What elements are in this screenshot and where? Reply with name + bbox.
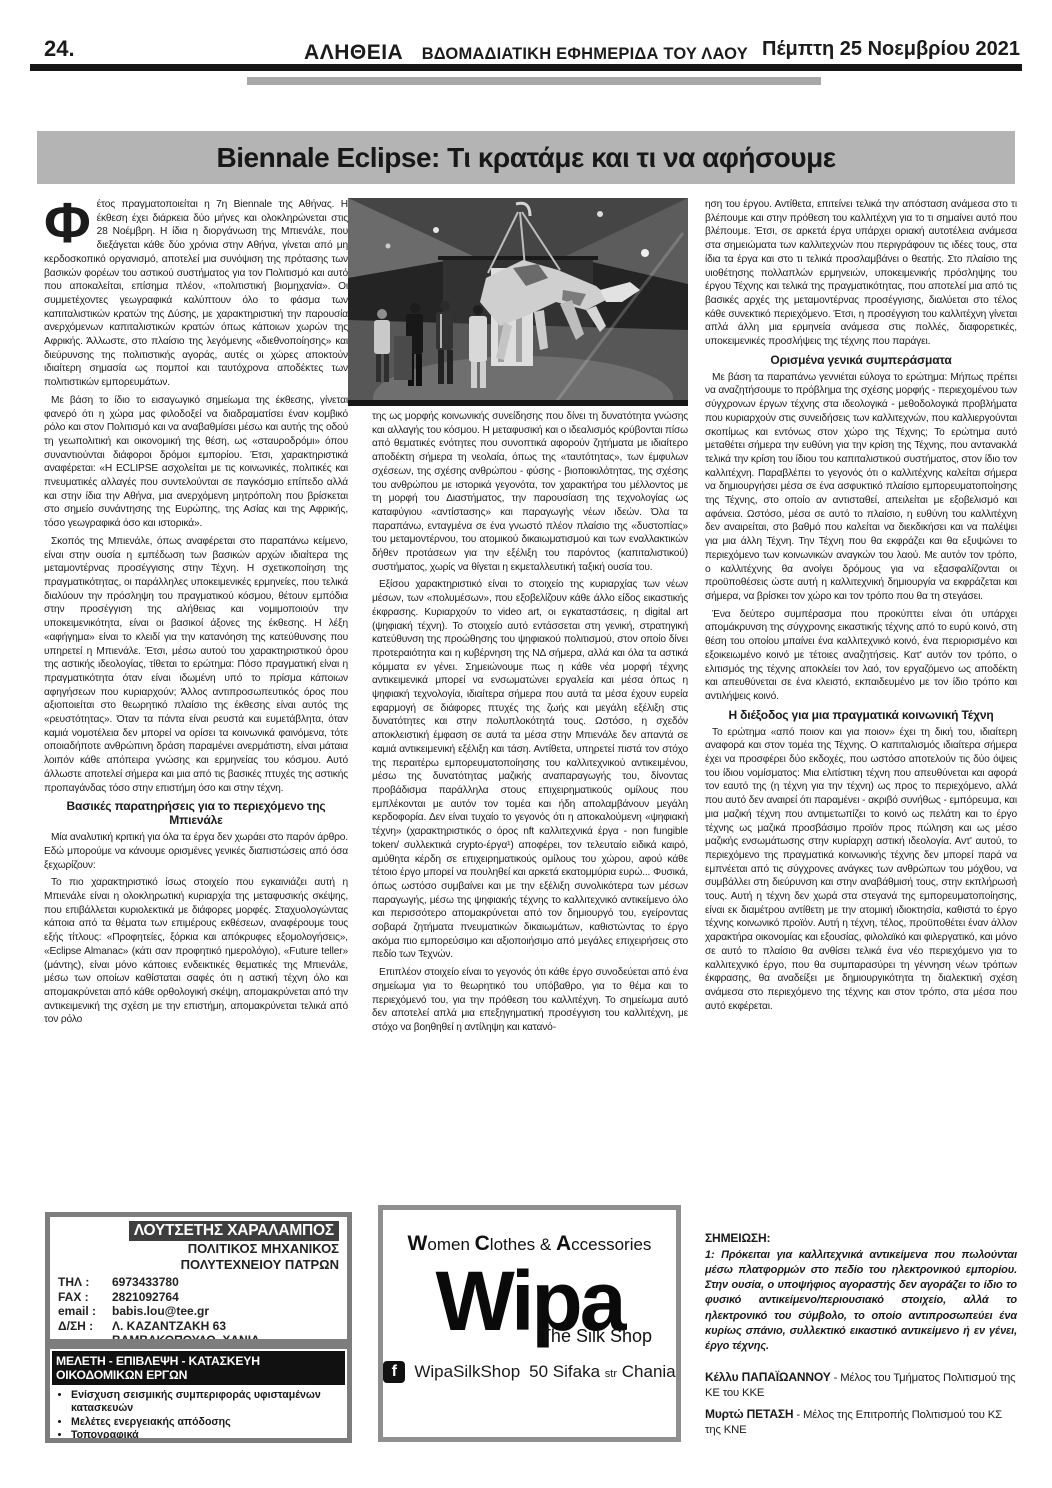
contact-row: Δ/ΣΗ :Λ. ΚΑΖΑΝΤΖΑΚΗ 63 — [58, 1319, 339, 1334]
gray-accent-bar — [247, 77, 821, 85]
section-subhead-observations: Βασικές παρατηρήσεις για το περιεχόμενο … — [44, 799, 348, 827]
engineer-ad-contact-box: ΛΟΥΤΣΕΤΗΣ ΧΑΡΑΛΑΜΠΟΣ ΠΟΛΙΤΙΚΟΣ ΜΗΧΑΝΙΚΟΣ… — [45, 1212, 352, 1344]
author-name: Μυρτώ ΠΕΤΑΣΗ — [705, 1407, 793, 1421]
paragraph: Σκοπός της Μπιενάλε, όπως αναφέρεται στο… — [44, 535, 348, 795]
tagline-text: ccessories — [571, 1235, 651, 1254]
advertiser-title: ΠΟΛΙΤΙΚΟΣ ΜΗΧΑΝΙΚΟΣ — [58, 1241, 339, 1257]
service-item: Μελέτες ενεργειακής απόδοσης — [71, 1416, 345, 1429]
header-rule — [30, 64, 1022, 71]
paragraph: Με βάση τα παραπάνω γεννιέται εύλογα το … — [705, 371, 1017, 604]
service-item: Ενίσχυση σεισμικής συμπεριφοράς υφισταμέ… — [71, 1389, 345, 1415]
contact-label: ΤΗΛ : — [58, 1275, 112, 1290]
paragraph: Εξίσου χαρακτηριστικό είναι το στοιχείο … — [372, 578, 688, 962]
address-city: Chania — [622, 1362, 676, 1381]
paragraph: Φέτος πραγματοποιείται η 7η Biennale της… — [44, 198, 348, 390]
facebook-icon: f — [383, 1361, 405, 1383]
section-subhead-social-art: Η διέξοδος για μια πραγματικά κοινωνική … — [705, 708, 1017, 722]
engineer-ad-services-box: ΜΕΛΕΤΗ - ΕΠΙΒΛΕΨΗ - ΚΑΤΑΣΚΕΥΗ ΟΙΚΟΔΟΜΙΚΩ… — [45, 1344, 352, 1443]
paragraph: Το ερώτημα «από ποιον και για ποιον» έχε… — [705, 726, 1017, 1014]
services-bar: ΜΕΛΕΤΗ - ΕΠΙΒΛΕΨΗ - ΚΑΤΑΣΚΕΥΗ ΟΙΚΟΔΟΜΙΚΩ… — [52, 1351, 345, 1385]
contact-row: ΒΑΜΒΑΚΟΠΟΥΛΟ, ΧΑΝΙΑ — [58, 1333, 339, 1344]
paragraph: Ένα δεύτερο συμπέρασμα που προκύπτει είν… — [705, 608, 1017, 704]
advertiser-name-bar: ΛΟΥΤΣΕΤΗΣ ΧΑΡΑΛΑΜΠΟΣ — [58, 1221, 339, 1241]
gallery-photo — [348, 198, 688, 406]
contact-value: Λ. ΚΑΖΑΝΤΖΑΚΗ 63 — [112, 1319, 226, 1333]
tagline-initial: C — [475, 1232, 490, 1255]
contact-value: 6973433780 — [112, 1275, 179, 1289]
article-notes: ΣΗΜΕΙΩΣΗ: 1: Πρόκειται για καλλιτεχνικά … — [705, 1232, 1017, 1482]
contact-value: 2821092764 — [112, 1290, 179, 1304]
paragraph: Το πιο χαρακτηριστικό ίσως στοιχείο που … — [44, 876, 348, 1027]
facebook-handle: WipaSilkShop — [414, 1362, 520, 1382]
section-subhead-conclusions: Ορισμένα γενικά συμπεράσματα — [705, 353, 1017, 367]
issue-date: Πέμπτη 25 Νοεμβρίου 2021 — [762, 38, 1020, 61]
contact-row: ΤΗΛ :6973433780 — [58, 1275, 339, 1290]
paragraph: Μία αναλυτική κριτική για όλα τα έργα δε… — [44, 831, 348, 872]
paragraph: Επιπλέον στοιχείο είναι το γεγονός ότι κ… — [372, 966, 688, 1035]
article-column-1: Φέτος πραγματοποιείται η 7η Biennale της… — [44, 198, 348, 1194]
article-column-3: ηση του έργου. Αντίθετα, επιτείνει τελικ… — [705, 198, 1017, 1232]
contact-label: Δ/ΣΗ : — [58, 1319, 112, 1334]
service-item: Τοπογραφικά — [71, 1429, 345, 1442]
author-signature: Κέλλυ ΠΑΠΑΪΩΑΝΝΟΥ - Μέλος του Τμήματος Π… — [705, 1370, 1017, 1401]
wipa-tagline: Women Clothes & Accessories — [383, 1232, 676, 1256]
article-headline: Biennale Eclipse: Τι κρατάμε και τι να α… — [217, 142, 836, 174]
address-street: 50 Sifaka — [529, 1362, 600, 1381]
author-name: Κέλλυ ΠΑΠΑΪΩΑΝΝΟΥ — [705, 1370, 831, 1384]
paragraph: ηση του έργου. Αντίθετα, επιτείνει τελικ… — [705, 198, 1017, 349]
gallery-photo-illustration — [348, 198, 688, 406]
newspaper-page: 24. ΑΛΗΘΕΙΑ ΒΔΟΜΑΔΙΑΤΙΚΗ ΕΦΗΜΕΡΙΔΑ ΤΟΥ Λ… — [0, 0, 1052, 1488]
masthead-title: ΑΛΗΘΕΙΑ — [304, 41, 403, 64]
contact-row: FAX :2821092764 — [58, 1290, 339, 1305]
contact-value: ΒΑΜΒΑΚΟΠΟΥΛΟ, ΧΑΝΙΑ — [112, 1333, 260, 1344]
contact-label: email : — [58, 1304, 112, 1319]
wipa-footer: f WipaSilkShop 50 Sifaka str Chania — [383, 1361, 676, 1383]
paragraph: Με βάση το ίδιο το εισαγωγικό σημείωμα τ… — [44, 394, 348, 531]
advertiser-title: ΠΟΛΥΤΕΧΝΕΙΟΥ ΠΑΤΡΩΝ — [58, 1257, 339, 1273]
tagline-text: omen — [427, 1235, 474, 1254]
footnote: 1: Πρόκειται για καλλιτεχνικά αντικείμεν… — [705, 1248, 1017, 1354]
tagline-initial: W — [408, 1232, 428, 1255]
services-list: Ενίσχυση σεισμικής συμπεριφοράς υφισταμέ… — [58, 1389, 345, 1443]
headline-band: Biennale Eclipse: Τι κρατάμε και τι να α… — [37, 131, 1015, 184]
tagline-initial: A — [556, 1232, 571, 1255]
contact-row: email :babis.lou@tee.gr — [58, 1304, 339, 1319]
contact-label: FAX : — [58, 1290, 112, 1305]
notes-label: ΣΗΜΕΙΩΣΗ: — [705, 1232, 1017, 1246]
wipa-ad: Women Clothes & Accessories Wipa The Sil… — [378, 1205, 681, 1442]
article-column-2: της ως μορφής κοινωνικής συνείδησης που … — [372, 410, 688, 1194]
drop-cap: Φ — [44, 201, 91, 245]
tagline-text: lothes & — [490, 1235, 556, 1254]
address-str-abbrev: str — [605, 1368, 617, 1380]
contact-info: ΤΗΛ :6973433780 FAX :2821092764 email :b… — [58, 1275, 339, 1344]
paragraph: της ως μορφής κοινωνικής συνείδησης που … — [372, 410, 688, 574]
advertiser-name: ΛΟΥΤΣΕΤΗΣ ΧΑΡΑΛΑΜΠΟΣ — [129, 1221, 339, 1241]
masthead-tagline: ΒΔΟΜΑΔΙΑΤΙΚΗ ΕΦΗΜΕΡΙΔΑ ΤΟΥ ΛΑΟΥ — [422, 45, 748, 63]
wipa-address: 50 Sifaka str Chania — [529, 1362, 675, 1382]
contact-value: babis.lou@tee.gr — [112, 1304, 209, 1318]
author-signature: Μυρτώ ΠΕΤΑΣΗ - Μέλος της Επιτροπής Πολιτ… — [705, 1407, 1017, 1438]
